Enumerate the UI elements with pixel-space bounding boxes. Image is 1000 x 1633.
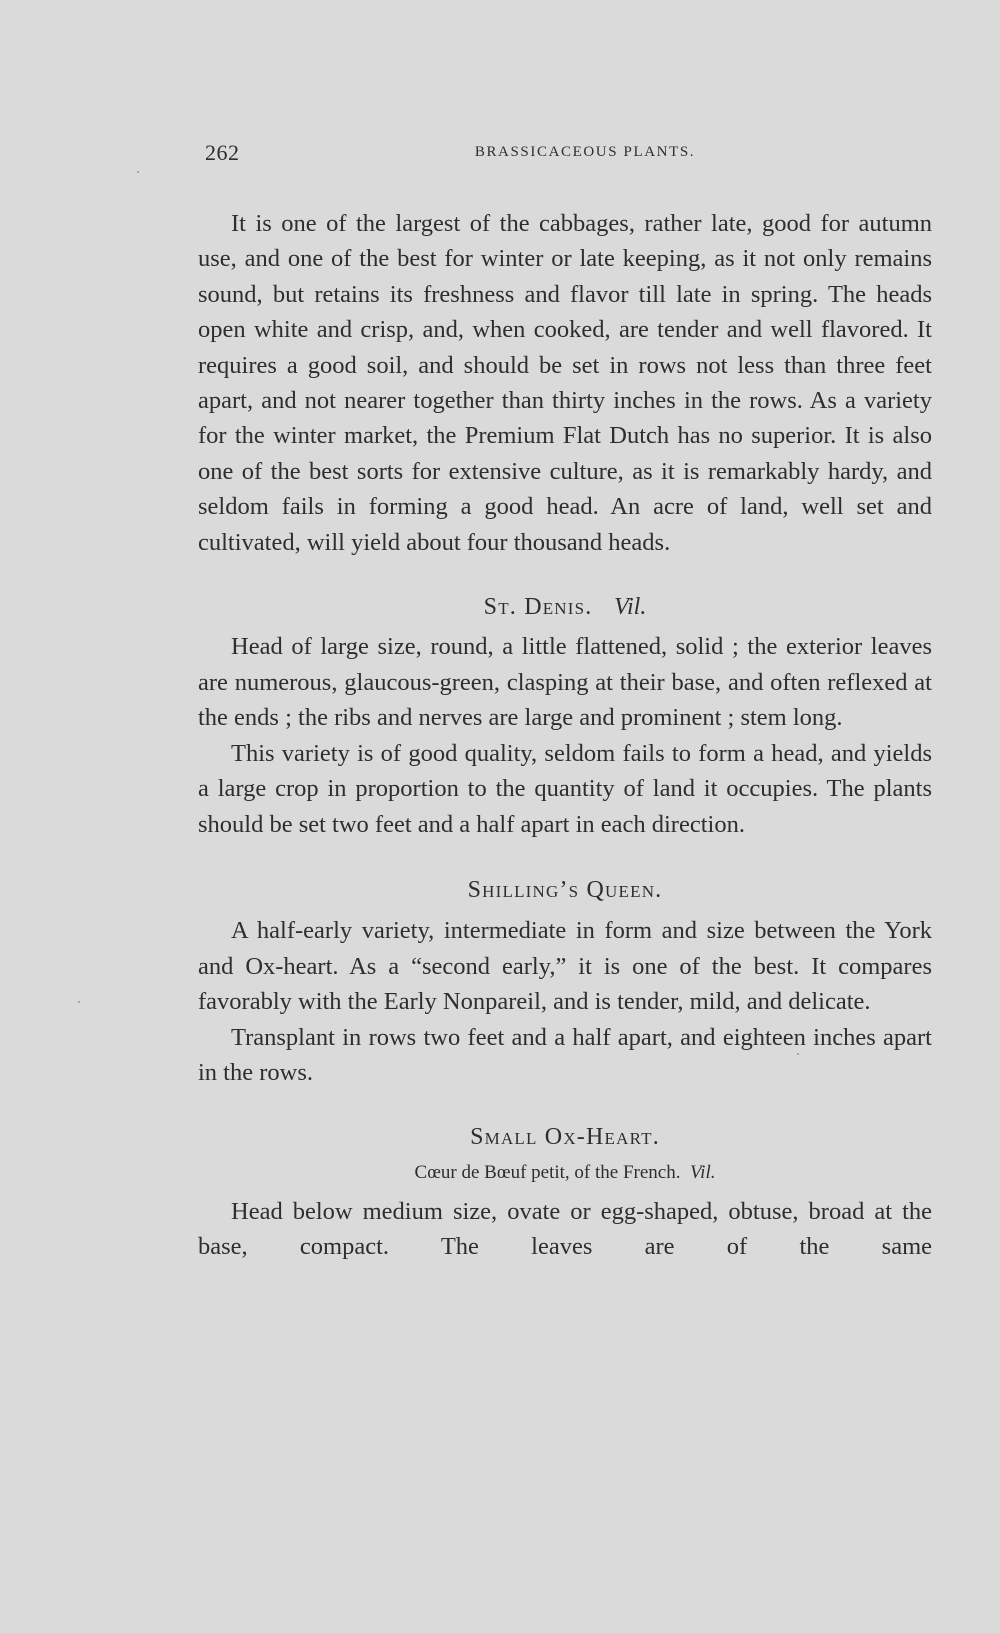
body-text: It is one of the largest of the cabbages…	[198, 206, 932, 1265]
paragraph: Transplant in rows two feet and a half a…	[198, 1020, 932, 1091]
section-shillings-queen: Shilling’s Queen. A half-early variety, …	[198, 873, 932, 1090]
variety-name: St. Denis.	[484, 594, 593, 620]
paragraph: Head below medium size, ovate or egg-sha…	[198, 1194, 932, 1265]
scan-speck	[797, 1053, 799, 1055]
paragraph: Head of large size, round, a little flat…	[198, 629, 932, 735]
authority-abbrev: Vil.	[690, 1162, 716, 1183]
section-st-denis: St. Denis. Vil. Head of large size, roun…	[198, 590, 932, 842]
authority-abbrev: Vil.	[614, 594, 646, 620]
scan-speck	[137, 171, 139, 173]
running-head: 262 BRASSICACEOUS PLANTS.	[198, 140, 932, 172]
variety-heading: Shilling’s Queen.	[198, 873, 932, 908]
variety-heading: Small Ox-Heart.	[198, 1120, 932, 1155]
synonym-text: Cœur de Bœuf petit, of the French.	[415, 1162, 681, 1183]
paragraph: This variety is of good quality, seldom …	[198, 736, 932, 842]
paragraph: It is one of the largest of the cabbages…	[198, 206, 932, 560]
scan-speck	[78, 1001, 80, 1003]
paragraph: A half-early variety, intermediate in fo…	[198, 913, 932, 1019]
variety-heading: St. Denis. Vil.	[198, 590, 932, 625]
running-title: BRASSICACEOUS PLANTS.	[198, 144, 932, 161]
synonym-line: Cœur de Bœuf petit, of the French. Vil.	[198, 1156, 932, 1190]
section-small-ox-heart: Small Ox-Heart. Cœur de Bœuf petit, of t…	[198, 1120, 932, 1264]
section-premium-flat-dutch-continued: It is one of the largest of the cabbages…	[198, 206, 932, 560]
